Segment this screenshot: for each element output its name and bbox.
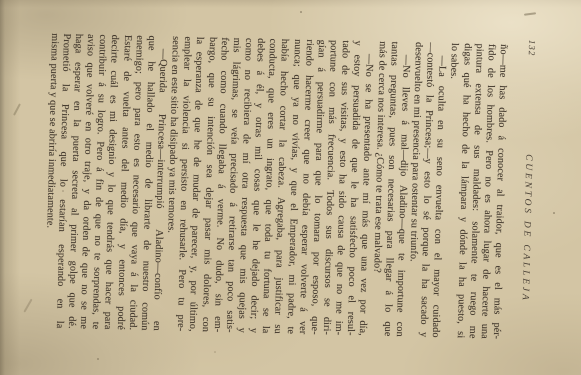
pencil-stroke-mark	[23, 299, 32, 313]
paper-speck	[62, 190, 64, 192]
paper-speck	[97, 358, 99, 360]
pencil-dash-mark	[524, 12, 536, 15]
pencil-stroke-mark	[13, 103, 21, 115]
page-number: 132	[527, 40, 537, 57]
paper-speck	[300, 11, 302, 13]
rotated-page-content: 132 CUENTOS DE CALLEJA ño—me has dado á …	[41, 33, 537, 340]
scanned-book-page: 132 CUENTOS DE CALLEJA ño—me has dado á …	[0, 0, 581, 375]
page-header: 132 CUENTOS DE CALLEJA	[517, 45, 537, 340]
paper-speck	[553, 212, 555, 214]
paper-speck	[214, 351, 216, 353]
running-title: CUENTOS DE CALLEJA	[520, 154, 534, 303]
text-block: ño—me has dado á conocer al traidor, que…	[41, 33, 509, 339]
